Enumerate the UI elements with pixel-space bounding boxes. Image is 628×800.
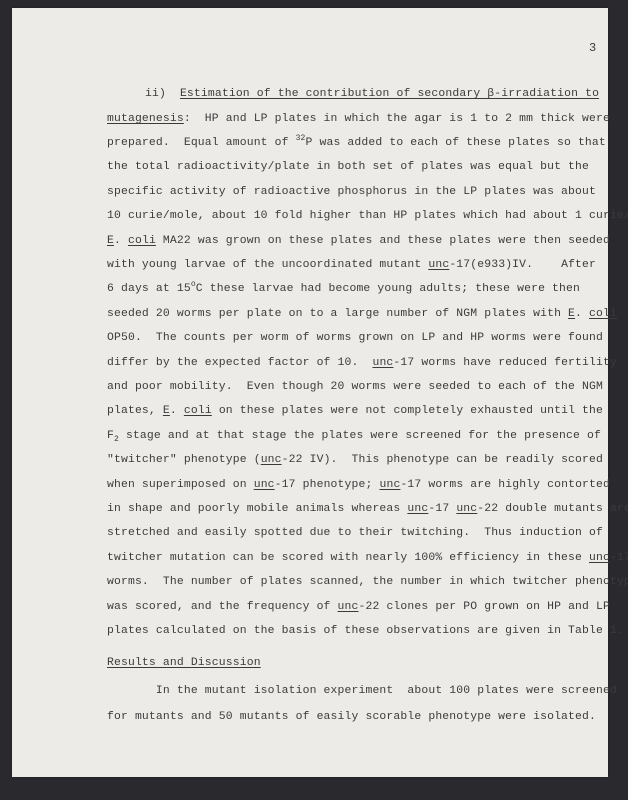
text-line: In the mutant isolation experiment about… <box>107 684 617 698</box>
results-heading: Results and Discussion <box>107 656 261 670</box>
underlined-term: unc <box>456 503 477 515</box>
underlined-term: coli <box>128 235 156 247</box>
underlined-term: E <box>163 405 170 417</box>
underlined-term: coli <box>184 405 212 417</box>
underlined-term: unc <box>254 479 275 491</box>
text-line: OP50. The counts per worm of worms grown… <box>107 331 603 345</box>
text-line: 6 days at 15oC these larvae had become y… <box>107 282 580 296</box>
page-number: 3 <box>589 41 596 55</box>
text-line: "twitcher" phenotype (unc-22 IV). This p… <box>107 453 603 467</box>
text-line: the total radioactivity/plate in both se… <box>107 160 589 174</box>
underlined-term: unc <box>372 357 393 369</box>
underlined-term: unc <box>379 479 400 491</box>
text-line: seeded 20 worms per plate on to a large … <box>107 307 617 321</box>
underlined-term: E <box>107 235 114 247</box>
underlined-term: coli <box>589 308 617 320</box>
text-line: plates, E. coli on these plates were not… <box>107 404 603 418</box>
text-line: when superimposed on unc-17 phenotype; u… <box>107 478 610 492</box>
text-line: mutagenesis: HP and LP plates in which t… <box>107 112 610 126</box>
text-line: with young larvae of the uncoordinated m… <box>107 258 596 272</box>
underlined-term: unc <box>338 601 359 613</box>
underlined-term: unc <box>589 552 610 564</box>
text-line: worms. The number of plates scanned, the… <box>107 575 628 589</box>
text-line: for mutants and 50 mutants of easily sco… <box>107 710 596 724</box>
section-heading: ii) Estimation of the contribution of se… <box>145 87 599 101</box>
underlined-term: unc <box>407 503 428 515</box>
text-line: differ by the expected factor of 10. unc… <box>107 356 617 370</box>
text-line: and poor mobility. Even though 20 worms … <box>107 380 603 394</box>
text-line: was scored, and the frequency of unc-22 … <box>107 600 610 614</box>
text-line: plates calculated on the basis of these … <box>107 624 624 638</box>
text-line: specific activity of radioactive phospho… <box>107 185 596 199</box>
underlined-term: unc <box>428 259 449 271</box>
text-line: E. coli MA22 was grown on these plates a… <box>107 234 610 248</box>
section-title: Estimation of the contribution of second… <box>180 88 599 100</box>
superscript: 32 <box>296 134 306 143</box>
section-title-cont: mutagenesis <box>107 113 184 125</box>
text-line: stretched and easily spotted due to thei… <box>107 526 603 540</box>
underlined-term: unc <box>261 454 282 466</box>
text-line: prepared. Equal amount of 32P was added … <box>107 136 606 150</box>
text-line: F2 stage and at that stage the plates we… <box>107 429 601 443</box>
text-line: 10 curie/mole, about 10 fold higher than… <box>107 209 628 223</box>
text-line: in shape and poorly mobile animals where… <box>107 502 628 516</box>
text-line: twitcher mutation can be scored with nea… <box>107 551 628 565</box>
underlined-term: E <box>568 308 575 320</box>
